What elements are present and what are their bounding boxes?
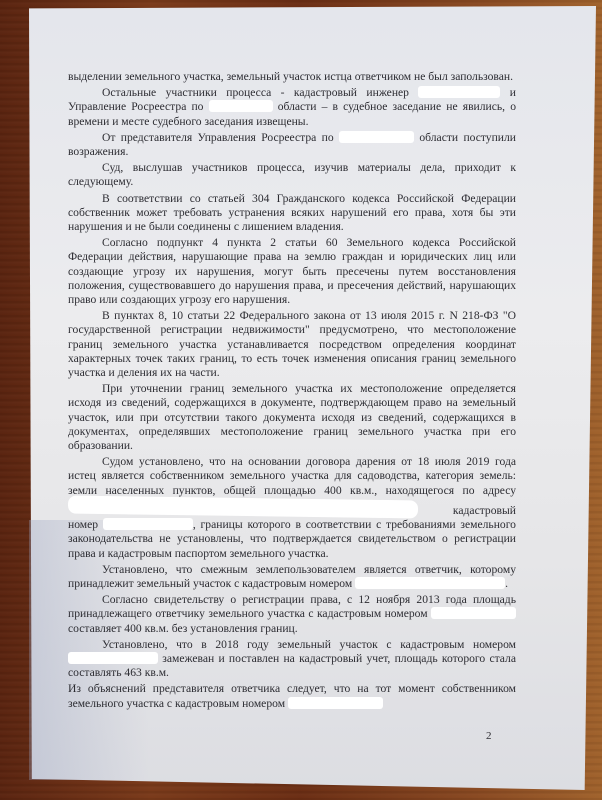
paragraph: Установлено, что в 2018 году земельный у… (68, 638, 516, 681)
paragraph: Согласно свидетельству о регистрации пра… (68, 593, 516, 636)
paragraph-text: От представителя Управления Росреестра п… (102, 131, 339, 144)
redacted-region (339, 131, 414, 143)
paragraph-text: При уточнении границ земельного участка … (68, 382, 516, 452)
paragraph: Остальные участники процесса - кадастров… (68, 86, 516, 129)
paragraph-text: Остальные участники процесса - кадастров… (102, 86, 418, 99)
paragraph: выделении земельного участка, земельный … (68, 70, 516, 84)
redacted-region (209, 100, 273, 112)
paragraph-text: Согласно подпункт 4 пункта 2 статьи 60 З… (68, 236, 516, 306)
redacted-name (418, 86, 500, 98)
paragraph: Установлено, что смежным землепользовате… (68, 563, 516, 591)
redacted-cadastral-number (103, 518, 193, 530)
paragraph: От представителя Управления Росреестра п… (68, 131, 516, 159)
paragraph: В пунктах 8, 10 статьи 22 Федерального з… (68, 309, 516, 380)
paragraph: В соответствии со статьей 304 Гражданско… (68, 192, 516, 235)
page-number: 2 (486, 730, 492, 742)
paragraph-text: Судом установлено, что на основании дого… (68, 455, 516, 496)
redacted-cadastral-number (288, 697, 383, 709)
paragraph-text: Установлено, что в 2018 году земельный у… (102, 638, 516, 651)
paragraph-text: выделении земельного участка, земельный … (68, 70, 513, 83)
paragraph-text: В соответствии со статьей 304 Гражданско… (68, 192, 516, 233)
document-body: выделении земельного участка, земельный … (68, 70, 516, 713)
paragraph: Согласно подпункт 4 пункта 2 статьи 60 З… (68, 236, 516, 307)
paragraph: Из объяснений представителя ответчика сл… (68, 682, 516, 710)
redacted-cadastral-number (68, 652, 158, 664)
redacted-cadastral-number (431, 607, 516, 619)
paragraph: При уточнении границ земельного участка … (68, 382, 516, 453)
paragraph-text: Суд, выслушав участников процесса, изучи… (68, 161, 516, 188)
redacted-cadastral-number (355, 577, 505, 589)
paragraph-text: В пунктах 8, 10 статьи 22 Федерального з… (68, 309, 516, 379)
paragraph-text: . (505, 577, 508, 590)
paragraph: Судом установлено, что на основании дого… (68, 455, 516, 560)
paragraph: Суд, выслушав участников процесса, изучи… (68, 161, 516, 189)
paragraph-text: составляет 400 кв.м. без установления гр… (68, 622, 298, 635)
redacted-address (68, 495, 418, 518)
